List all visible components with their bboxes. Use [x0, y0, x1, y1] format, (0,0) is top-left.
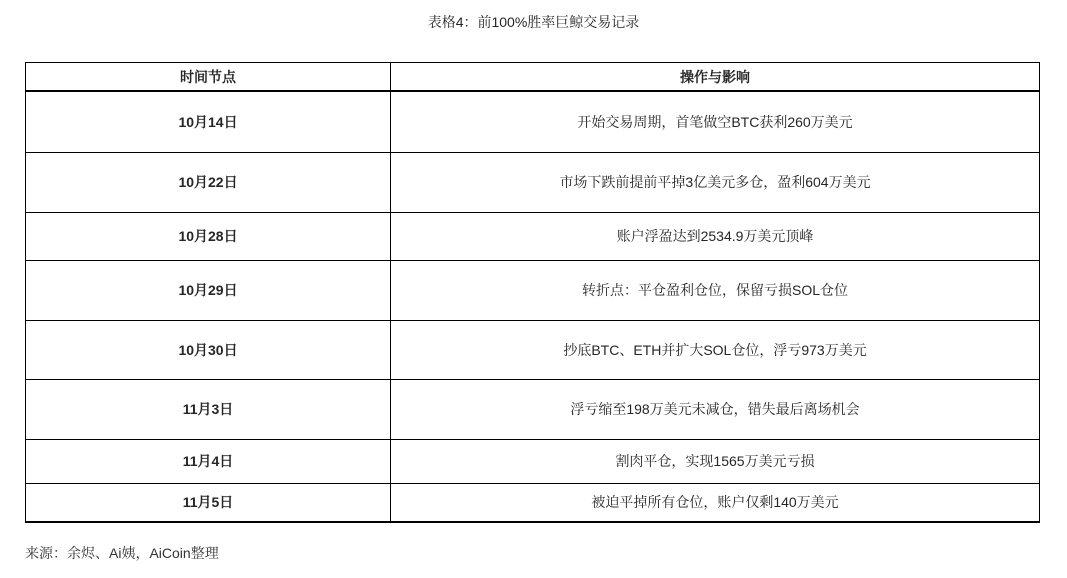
action-cell: 转折点：平仓盈利仓位，保留亏损SOL仓位	[391, 260, 1040, 320]
action-cell: 抄底BTC、ETH并扩大SOL仓位，浮亏973万美元	[391, 320, 1040, 379]
column-header-time: 时间节点	[26, 63, 391, 92]
table-row: 11月3日 浮亏缩至198万美元未减仓，错失最后离场机会	[26, 379, 1040, 439]
action-cell: 账户浮盈达到2534.9万美元顶峰	[391, 212, 1040, 260]
table-title: 表格4：前100%胜率巨鲸交易记录	[0, 0, 1067, 32]
time-cell: 11月5日	[26, 483, 391, 522]
action-cell: 割肉平仓，实现1565万美元亏损	[391, 439, 1040, 483]
table-row: 10月22日 市场下跌前提前平掉3亿美元多仓，盈利604万美元	[26, 152, 1040, 212]
time-cell: 10月30日	[26, 320, 391, 379]
table-row: 11月5日 被迫平掉所有仓位，账户仅剩140万美元	[26, 483, 1040, 522]
action-cell: 被迫平掉所有仓位，账户仅剩140万美元	[391, 483, 1040, 522]
column-header-action: 操作与影响	[391, 63, 1040, 92]
time-cell: 10月29日	[26, 260, 391, 320]
table-row: 10月14日 开始交易周期，首笔做空BTC获利260万美元	[26, 91, 1040, 152]
table-body: 10月14日 开始交易周期，首笔做空BTC获利260万美元 10月22日 市场下…	[26, 91, 1040, 522]
table-row: 10月28日 账户浮盈达到2534.9万美元顶峰	[26, 212, 1040, 260]
table-row: 10月29日 转折点：平仓盈利仓位，保留亏损SOL仓位	[26, 260, 1040, 320]
time-cell: 11月4日	[26, 439, 391, 483]
action-cell: 开始交易周期，首笔做空BTC获利260万美元	[391, 91, 1040, 152]
action-cell: 浮亏缩至198万美元未减仓，错失最后离场机会	[391, 379, 1040, 439]
header-row: 时间节点 操作与影响	[26, 63, 1040, 92]
time-cell: 10月28日	[26, 212, 391, 260]
source-note: 来源：余烬、Ai姨，AiCoin整理	[25, 543, 1067, 563]
table-row: 10月30日 抄底BTC、ETH并扩大SOL仓位，浮亏973万美元	[26, 320, 1040, 379]
table-row: 11月4日 割肉平仓，实现1565万美元亏损	[26, 439, 1040, 483]
action-cell: 市场下跌前提前平掉3亿美元多仓，盈利604万美元	[391, 152, 1040, 212]
document-page: 表格4：前100%胜率巨鲸交易记录 时间节点 操作与影响 10月14日 开始交易…	[0, 0, 1067, 578]
table-header: 时间节点 操作与影响	[26, 63, 1040, 92]
time-cell: 10月14日	[26, 91, 391, 152]
time-cell: 11月3日	[26, 379, 391, 439]
time-cell: 10月22日	[26, 152, 391, 212]
whale-trade-table: 时间节点 操作与影响 10月14日 开始交易周期，首笔做空BTC获利260万美元…	[25, 62, 1040, 523]
